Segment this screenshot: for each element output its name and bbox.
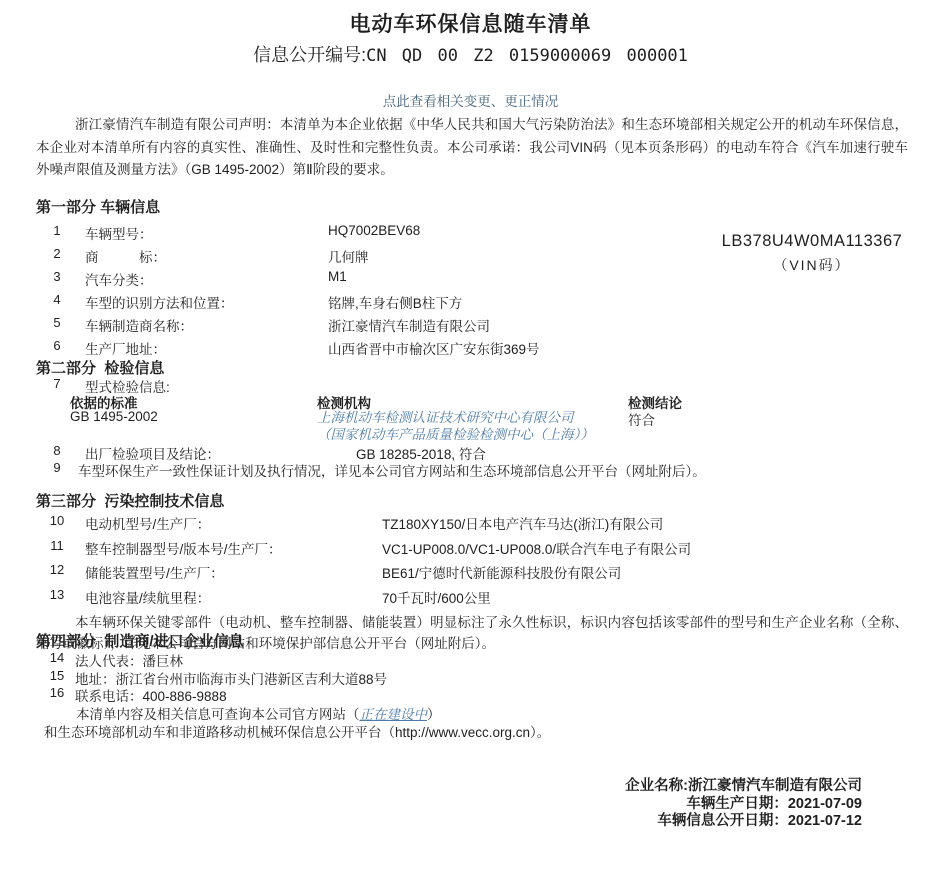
- row-value: TZ180XY150/日本电产汽车马达(浙江)有限公司: [382, 513, 663, 533]
- agency-link[interactable]: 上海机动车检测认证技术研究中心有限公司（国家机动车产品质量检验检测中心（上海））: [317, 409, 591, 443]
- row-manufacturer-name: 5 车辆制造商名称： 浙江豪情汽车制造有限公司: [0, 315, 941, 338]
- row-value: 铭牌,车身右侧B柱下方: [328, 292, 462, 312]
- row-number: 5: [44, 315, 70, 330]
- row-type-inspection: 7 型式检验信息:: [0, 376, 941, 392]
- website-note: 本清单内容及相关信息可查询本公司官方网站（正在建设中） 和生态环境部机动车和非道…: [0, 706, 941, 742]
- row-label: 车辆制造商名称：: [85, 315, 193, 335]
- row-address: 15 地址：浙江省台州市临海市头门港新区吉利大道88号: [0, 668, 941, 686]
- row-label: 电动机型号/生产厂：: [85, 513, 210, 533]
- footer-info: 企业名称:浙江豪情汽车制造有限公司 车辆生产日期：2021-07-09 车辆信息…: [625, 778, 862, 831]
- manufacturer-declaration: 浙江豪情汽车制造有限公司声明：本清单为本企业依据《中华人民共和国大气污染防治法》…: [36, 114, 908, 182]
- row-number: 9: [44, 460, 70, 475]
- manufacturer-rows: 14 法人代表：潘巨林 15 地址：浙江省台州市临海市头门港新区吉利大道88号 …: [0, 650, 941, 703]
- result-header: 检测结论: [628, 392, 682, 408]
- row-number: 1: [44, 223, 70, 238]
- row-number: 16: [44, 685, 70, 700]
- page-title: 电动车环保信息随车清单: [0, 0, 941, 38]
- footer-company-name: 企业名称:浙江豪情汽车制造有限公司: [625, 778, 862, 796]
- website-note-suffix: ）: [427, 707, 441, 722]
- row-number: 10: [44, 513, 70, 528]
- website-note-line2: 和生态环境部机动车和非道路移动机械环保信息公开平台（http://www.vec…: [44, 724, 941, 742]
- column-agency: 检测机构 上海机动车检测认证技术研究中心有限公司（国家机动车产品质量检验检测中心…: [317, 392, 628, 443]
- row-value: 70千瓦时/600公里: [382, 587, 491, 607]
- row-vehicle-category: 3 汽车分类： M1: [0, 269, 941, 292]
- row-label: 汽车分类：: [85, 269, 153, 289]
- view-changes-link[interactable]: 点此查看相关变更、更正情况: [0, 90, 941, 110]
- row-value: 几何牌: [328, 246, 369, 266]
- pollution-control-rows: 10 电动机型号/生产厂： TZ180XY150/日本电产汽车马达(浙江)有限公…: [0, 513, 941, 611]
- row-value: M1: [328, 269, 347, 284]
- result-value: 符合: [628, 409, 682, 429]
- row-label: 车型的识别方法和位置：: [85, 292, 234, 312]
- column-result: 检测结论 符合: [628, 392, 682, 443]
- row-value: 浙江豪情汽车制造有限公司: [328, 315, 490, 335]
- row-vehicle-controller: 11 整车控制器型号/版本号/生产厂： VC1-UP008.0/VC1-UP00…: [0, 538, 941, 563]
- row-number: 14: [44, 650, 70, 665]
- row-conformity-plan: 9 车型环保生产一致性保证计划及执行情况，详见本公司官方网站和生态环境部信息公开…: [0, 460, 941, 477]
- section-heading-part4: 第四部分 制造商/进口企业信息: [36, 630, 941, 650]
- section-manufacturer-info: 第四部分 制造商/进口企业信息 14 法人代表：潘巨林 15 地址：浙江省台州市…: [0, 630, 941, 742]
- row-value: BE61/宁德时代新能源科技股份有限公司: [382, 562, 621, 582]
- row-number: 3: [44, 269, 70, 284]
- row-number: 13: [44, 587, 70, 602]
- row-value: VC1-UP008.0/VC1-UP008.0/联合汽车电子有限公司: [382, 538, 691, 558]
- section-heading-part2: 第二部分 检验信息: [36, 357, 941, 376]
- row-energy-storage: 12 储能装置型号/生产厂： BE61/宁德时代新能源科技股份有限公司: [0, 562, 941, 587]
- public-info-number-label: 信息公开编号:: [253, 45, 366, 65]
- vehicle-info-rows: 1 车辆型号： HQ7002BEV68 2 商 标： 几何牌 3 汽车分类： M…: [0, 223, 941, 361]
- row-value: 山西省晋中市榆次区广安东街369号: [328, 338, 540, 358]
- row-label: 整车控制器型号/版本号/生产厂：: [85, 538, 282, 558]
- row-label: 商 标：: [85, 246, 166, 266]
- public-info-number: 信息公开编号:CN QD 00 Z2 0159000069 000001: [0, 41, 941, 67]
- standard-value: GB 1495-2002: [70, 409, 317, 424]
- inspection-columns: 依据的标准 GB 1495-2002 检测机构 上海机动车检测认证技术研究中心有…: [70, 392, 941, 443]
- row-value: HQ7002BEV68: [328, 223, 420, 238]
- row-label: 生产厂地址：: [85, 338, 166, 358]
- row-number: 7: [44, 376, 70, 391]
- agency-header: 检测机构: [317, 392, 628, 408]
- ev-environmental-info-document: 电动车环保信息随车清单 信息公开编号:CN QD 00 Z2 015900006…: [0, 0, 941, 877]
- row-label: 型式检验信息:: [85, 376, 170, 396]
- website-note-prefix: 本清单内容及相关信息可查询本公司官方网站（: [76, 707, 360, 722]
- row-number: 4: [44, 292, 70, 307]
- row-number: 8: [44, 443, 70, 458]
- row-trademark: 2 商 标： 几何牌: [0, 246, 941, 269]
- column-standard: 依据的标准 GB 1495-2002: [70, 392, 317, 443]
- row-factory-inspection: 8 出厂检验项目及结论： GB 18285-2018, 符合: [0, 443, 941, 460]
- section-heading-part1: 第一部分 车辆信息: [36, 196, 941, 217]
- row-number: 2: [44, 246, 70, 261]
- section-heading-part3: 第三部分 污染控制技术信息: [36, 490, 941, 511]
- row-legal-representative: 14 法人代表：潘巨林: [0, 650, 941, 668]
- row-value: 400-886-9888: [143, 689, 227, 704]
- under-construction-link[interactable]: 正在建设中: [360, 707, 428, 722]
- row-label: 车辆型号：: [85, 223, 153, 243]
- row-number: 11: [44, 538, 70, 553]
- section-inspection-info: 第二部分 检验信息 7 型式检验信息: 依据的标准 GB 1495-2002 检…: [0, 357, 941, 477]
- row-motor-model: 10 电动机型号/生产厂： TZ180XY150/日本电产汽车马达(浙江)有限公…: [0, 513, 941, 538]
- row-battery-capacity-range: 13 电池容量/续航里程： 70千瓦时/600公里: [0, 587, 941, 612]
- row-label: 联系电话：: [75, 689, 143, 704]
- row-label: 电池容量/续航里程：: [85, 587, 210, 607]
- row-id-method-location: 4 车型的识别方法和位置： 铭牌,车身右侧B柱下方: [0, 292, 941, 315]
- footer-publish-date: 车辆信息公开日期：2021-07-12: [625, 813, 862, 831]
- row-text: 车型环保生产一致性保证计划及执行情况，详见本公司官方网站和生态环境部信息公开平台…: [78, 460, 706, 480]
- public-info-number-code: CN QD 00 Z2 0159000069 000001: [366, 46, 688, 66]
- row-contact-phone: 16 联系电话：400-886-9888: [0, 685, 941, 703]
- footer-production-date: 车辆生产日期：2021-07-09: [625, 796, 862, 814]
- section-vehicle-info: 第一部分 车辆信息 1 车辆型号： HQ7002BEV68 2 商 标： 几何牌…: [0, 196, 941, 361]
- row-number: 6: [44, 338, 70, 353]
- row-label: 储能装置型号/生产厂：: [85, 562, 224, 582]
- row-vehicle-model: 1 车辆型号： HQ7002BEV68: [0, 223, 941, 246]
- row-number: 15: [44, 668, 70, 683]
- row-number: 12: [44, 562, 70, 577]
